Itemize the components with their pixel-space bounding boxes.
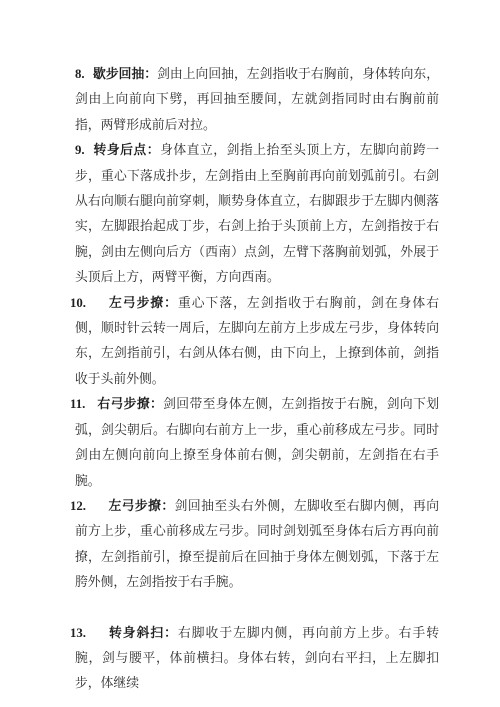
item-title: 歇步回抽： <box>93 67 157 81</box>
item-body: 身体直立，剑指上抬至头顶上方，左脚向前跨一步，重心下落成扑步，左剑指由上至胸前再… <box>75 143 439 284</box>
document-page: 8.歇步回抽：剑由上向回抽，左剑指收于右胸前，身体转向东，剑由上向前向下劈，再回… <box>0 0 500 707</box>
instruction-item-9: 9.转身后点：身体直立，剑指上抬至头顶上方，左脚向前跨一步，重心下落成扑步，左剑… <box>75 138 439 290</box>
item-number: 8. <box>75 62 93 87</box>
item-number: 9. <box>75 138 93 163</box>
instruction-item-8: 8.歇步回抽：剑由上向回抽，左剑指收于右胸前，身体转向东，剑由上向前向下劈，再回… <box>75 62 439 138</box>
instruction-item-12: 12.左弓步撩：剑回抽至头右外侧，左脚收至右脚内侧，再向前方上步，重心前移成左弓… <box>75 494 439 596</box>
item-number: 12. <box>70 494 108 519</box>
item-number: 10. <box>70 291 108 316</box>
text-column: 8.歇步回抽：剑由上向回抽，左剑指收于右胸前，身体转向东，剑由上向前向下劈，再回… <box>75 62 439 697</box>
instruction-item-11: 11.右弓步撩：剑回带至身体左侧，左剑指按于右腕，剑向下划弧，剑尖朝后。右脚向右… <box>75 392 439 494</box>
item-title: 转身斜扫： <box>108 626 178 640</box>
instruction-item-13: 13.转身斜扫：右脚收于左脚内侧，再向前方上步。右手转腕，剑与腰平，体前横扫。身… <box>75 621 439 697</box>
item-number: 11. <box>70 392 97 417</box>
item-title: 转身后点： <box>93 143 160 157</box>
item-title: 左弓步撩： <box>108 499 175 513</box>
item-title: 左弓步撩： <box>108 296 178 310</box>
item-title: 右弓步撩： <box>97 397 163 411</box>
instruction-item-10: 10.左弓步撩：重心下落，左剑指收于右胸前，剑在身体右侧，顺时针云转一周后，左脚… <box>75 291 439 393</box>
item-number: 13. <box>70 621 108 646</box>
